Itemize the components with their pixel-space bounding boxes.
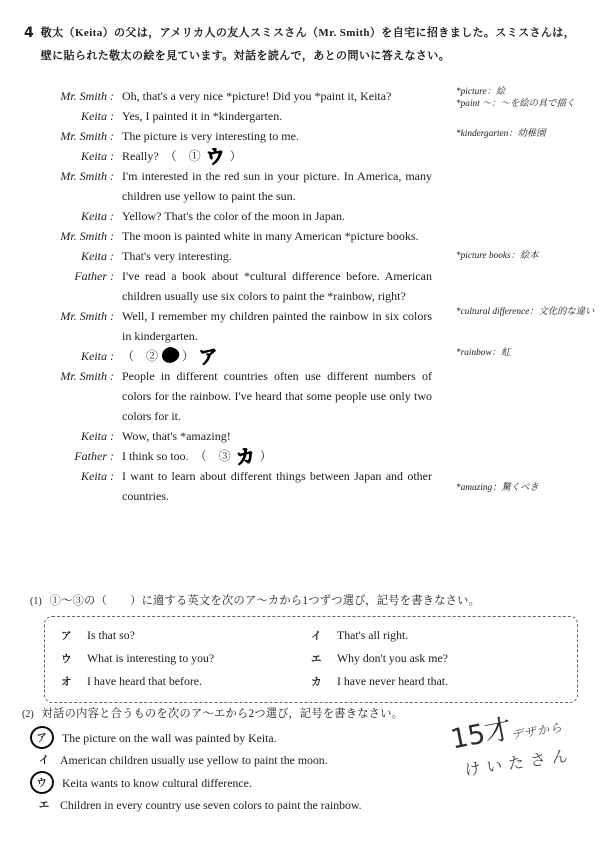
handwritten-answer: ア bbox=[198, 350, 218, 364]
utterance: People in different countries often use … bbox=[122, 366, 432, 426]
utterance-text: I want to learn about different things b… bbox=[122, 469, 432, 503]
option-text: That's all right. bbox=[337, 628, 408, 643]
option-key: エ bbox=[311, 651, 337, 666]
dialogue-line: Keita : （ ②）ア bbox=[36, 346, 434, 366]
utterance: Yellow? That's the color of the moon in … bbox=[122, 206, 432, 226]
option-key: ウ bbox=[29, 769, 56, 795]
utterance-text: ） bbox=[260, 449, 272, 463]
question-1: (1) ①～③の（ ）に適する英文を次のア～カから1つずつ選び，記号を書きなさい… bbox=[30, 592, 578, 703]
utterance-text: Well, I remember my children painted the… bbox=[122, 309, 432, 343]
speaker-label: Mr. Smith : bbox=[36, 226, 114, 246]
question-2-label: (2) bbox=[22, 709, 34, 720]
speaker-label: Keita : bbox=[36, 466, 114, 506]
utterance-text: （ ② bbox=[122, 349, 158, 363]
utterance: That's very interesting. bbox=[122, 246, 432, 266]
speaker-label: Keita : bbox=[36, 426, 114, 446]
ink-blot-scribble bbox=[161, 347, 180, 365]
speaker-label: Mr. Smith : bbox=[36, 126, 114, 146]
option-key: イ bbox=[311, 628, 337, 643]
dialogue-line: Keita : Yellow? That's the color of the … bbox=[36, 206, 434, 226]
question-header: 4 敬太（Keita）の父は，アメリカ人の友人スミスさん（Mr. Smith）を… bbox=[24, 22, 584, 68]
speaker-label: Mr. Smith : bbox=[36, 86, 114, 106]
dialogue-line: Keita : Yes, I painted it in *kindergart… bbox=[36, 106, 434, 126]
handwritten-answer: カ bbox=[235, 450, 255, 464]
utterance-text: The moon is painted white in many Americ… bbox=[122, 229, 419, 243]
utterance-text: ） bbox=[230, 149, 242, 163]
utterance: The moon is painted white in many Americ… bbox=[122, 226, 432, 246]
dialogue-line: Father : I think so too. （ ③カ） bbox=[36, 446, 434, 466]
utterance: Yes, I painted it in *kindergarten. bbox=[122, 106, 432, 126]
question-1-option: ウ What is interesting to you? bbox=[61, 651, 311, 666]
utterance-text: I'm interested in the red sun in your pi… bbox=[122, 169, 432, 203]
utterance-text: Really? （ ① bbox=[122, 149, 201, 163]
utterance-text: Yes, I painted it in *kindergarten. bbox=[122, 109, 282, 123]
utterance-text: Wow, that's *amazing! bbox=[122, 429, 231, 443]
utterance: I want to learn about different things b… bbox=[122, 466, 432, 506]
question-prompt: 敬太（Keita）の父は，アメリカ人の友人スミスさん（Mr. Smith）を自宅… bbox=[41, 22, 576, 68]
question-2-option: エ Children in every country use seven co… bbox=[22, 794, 588, 816]
margin-note-paint: *paint ～：～を絵の具で描く bbox=[456, 98, 596, 110]
speaker-label: Keita : bbox=[36, 146, 114, 166]
dialogue-line: Mr. Smith : The moon is painted white in… bbox=[36, 226, 434, 246]
margin-note-amazing: *amazing：驚くべき bbox=[456, 482, 596, 494]
option-key: ア bbox=[61, 628, 87, 643]
option-key: イ bbox=[32, 750, 56, 770]
option-text: I have heard that before. bbox=[87, 674, 202, 689]
margin-note-picture: *picture：絵 bbox=[456, 86, 596, 98]
speaker-label: Keita : bbox=[36, 246, 114, 266]
option-text: Why don't you ask me? bbox=[337, 651, 448, 666]
utterance: I think so too. （ ③カ） bbox=[122, 446, 432, 466]
option-key: ウ bbox=[61, 651, 87, 666]
utterance-text: The picture is very interesting to me. bbox=[122, 129, 299, 143]
dialogue-line: Mr. Smith : The picture is very interest… bbox=[36, 126, 434, 146]
utterance: Really? （ ①ウ） bbox=[122, 146, 432, 166]
question-1-label: (1) bbox=[30, 596, 42, 607]
dialogue-line: Keita : That's very interesting. bbox=[36, 246, 434, 266]
option-text: What is interesting to you? bbox=[87, 651, 214, 666]
utterance-text: ） bbox=[182, 349, 194, 363]
option-key: エ bbox=[32, 795, 56, 815]
utterance: Oh, that's a very nice *picture! Did you… bbox=[122, 86, 432, 106]
question-2-prompt: 対話の内容と合うものを次のア～エから2つ選び，記号を書きなさい。 bbox=[42, 705, 404, 721]
dialogue-line: Mr. Smith : Well, I remember my children… bbox=[36, 306, 434, 346]
utterance: I'm interested in the red sun in your pi… bbox=[122, 166, 432, 206]
utterance-text: I've read a book about *cultural differe… bbox=[122, 269, 432, 303]
question-1-options-box: ア Is that so? イ That's all right. ウ What… bbox=[44, 616, 578, 703]
question-1-prompt: ①～③の（ ）に適する英文を次のア～カから1つずつ選び，記号を書きなさい。 bbox=[50, 592, 481, 608]
utterance: Wow, that's *amazing! bbox=[122, 426, 432, 446]
option-text: American children usually use yellow to … bbox=[60, 749, 328, 771]
utterance-text: Oh, that's a very nice *picture! Did you… bbox=[122, 89, 391, 103]
margin-note-cultural-difference: *cultural difference：文化的な違い bbox=[456, 306, 596, 318]
option-text: I have never heard that. bbox=[337, 674, 448, 689]
utterance: The picture is very interesting to me. bbox=[122, 126, 432, 146]
option-text: Is that so? bbox=[87, 628, 135, 643]
handwritten-answer: ウ bbox=[205, 150, 225, 164]
speaker-label: Mr. Smith : bbox=[36, 366, 114, 426]
dialogue-section: Mr. Smith : Oh, that's a very nice *pict… bbox=[36, 86, 434, 506]
utterance: Well, I remember my children painted the… bbox=[122, 306, 432, 346]
question-1-option: エ Why don't you ask me? bbox=[311, 651, 561, 666]
worksheet-page: 4 敬太（Keita）の父は，アメリカ人の友人スミスさん（Mr. Smith）を… bbox=[0, 0, 600, 849]
speaker-label: Mr. Smith : bbox=[36, 306, 114, 346]
speaker-label: Father : bbox=[36, 266, 114, 306]
dialogue-line: Keita : I want to learn about different … bbox=[36, 466, 434, 506]
dialogue-line: Mr. Smith : I'm interested in the red su… bbox=[36, 166, 434, 206]
dialogue-line: Father : I've read a book about *cultura… bbox=[36, 266, 434, 306]
question-1-heading: (1) ①～③の（ ）に適する英文を次のア～カから1つずつ選び，記号を書きなさい… bbox=[30, 592, 578, 608]
dialogue-line: Keita : Really? （ ①ウ） bbox=[36, 146, 434, 166]
speaker-label: Keita : bbox=[36, 106, 114, 126]
option-text: Keita wants to know cultural difference. bbox=[62, 772, 252, 794]
utterance-text: That's very interesting. bbox=[122, 249, 232, 263]
option-key: ア bbox=[29, 724, 56, 750]
question-1-option: ア Is that so? bbox=[61, 628, 311, 643]
utterance-text: People in different countries often use … bbox=[122, 369, 432, 423]
speaker-label: Keita : bbox=[36, 206, 114, 226]
margin-note-kindergarten: *kindergarten：幼稚園 bbox=[456, 128, 596, 140]
utterance-text: Yellow? That's the color of the moon in … bbox=[122, 209, 345, 223]
speaker-label: Mr. Smith : bbox=[36, 166, 114, 206]
option-key: オ bbox=[61, 674, 87, 689]
utterance-text: I think so too. （ ③ bbox=[122, 449, 231, 463]
question-1-option: カ I have never heard that. bbox=[311, 674, 561, 689]
speaker-label: Keita : bbox=[36, 346, 114, 366]
option-key: カ bbox=[311, 674, 337, 689]
dialogue-line: Keita : Wow, that's *amazing! bbox=[36, 426, 434, 446]
option-text: Children in every country use seven colo… bbox=[60, 794, 362, 816]
dialogue-line: Mr. Smith : People in different countrie… bbox=[36, 366, 434, 426]
question-1-option: オ I have heard that before. bbox=[61, 674, 311, 689]
option-text: The picture on the wall was painted by K… bbox=[62, 727, 277, 749]
question-number: 4 bbox=[24, 22, 34, 68]
utterance: I've read a book about *cultural differe… bbox=[122, 266, 432, 306]
dialogue-line: Mr. Smith : Oh, that's a very nice *pict… bbox=[36, 86, 434, 106]
margin-note-picture-books: *picture books：絵本 bbox=[456, 250, 596, 262]
utterance: （ ②）ア bbox=[122, 346, 432, 366]
margin-note-rainbow: *rainbow：虹 bbox=[456, 347, 596, 359]
question-1-option: イ That's all right. bbox=[311, 628, 561, 643]
speaker-label: Father : bbox=[36, 446, 114, 466]
